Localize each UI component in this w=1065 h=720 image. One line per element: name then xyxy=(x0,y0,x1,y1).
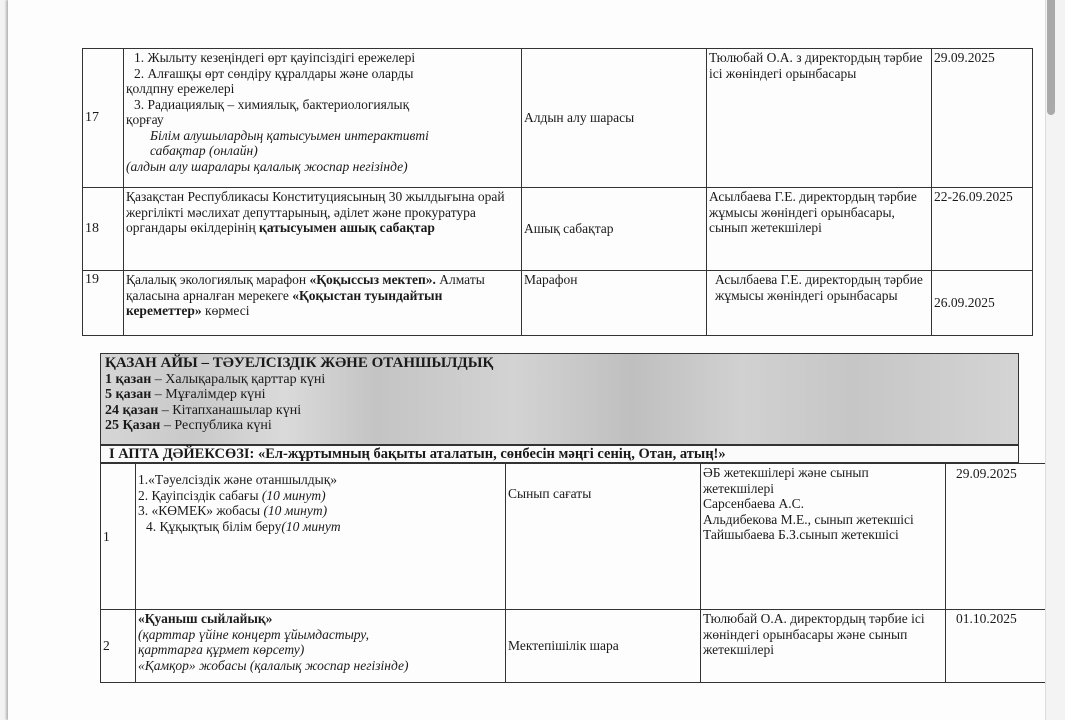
holiday-item: 24 қазан – Кітапханашылар күні xyxy=(105,403,1014,419)
responsible: Асылбаева Г.Е. директордың тәрбие жұмысы… xyxy=(707,188,932,271)
month-header: ҚАЗАН АЙЫ – ТӘУЕЛСІЗДІК ЖӘНЕ ОТАНШЫЛДЫҚ … xyxy=(100,353,1019,445)
scrollbar-thumb[interactable] xyxy=(1047,0,1055,115)
event-form: Сынып сағаты xyxy=(506,464,701,610)
event-title: 1. Жылыту кезеңіндегі өрт қауіпсіздігі е… xyxy=(124,49,522,188)
event-date: 01.10.2025 xyxy=(946,610,1053,683)
event-title: «Қуаныш сыйлайық» (қарттар үйіне концерт… xyxy=(136,610,506,683)
event-title: 1.«Тәуелсіздік және отаншылдық» 2. Қауіп… xyxy=(136,464,506,610)
event-form: Алдын алу шарасы xyxy=(522,49,707,188)
row-number: 19 xyxy=(83,271,124,336)
table-row: 18 Қазақстан Республикасы Конституциясын… xyxy=(83,188,1033,271)
plan-table-october: 1 1.«Тәуелсіздік және отаншылдық» 2. Қау… xyxy=(100,463,1053,683)
holiday-item: 5 қазан – Мұғалімдер күні xyxy=(105,387,1014,403)
event-title: Қазақстан Республикасы Конституциясының … xyxy=(124,188,522,271)
table-row: 17 1. Жылыту кезеңіндегі өрт қауіпсіздіг… xyxy=(83,49,1033,188)
responsible: Тюлюбай О.А. директордың тәрбие ісі жөні… xyxy=(701,610,946,683)
event-date: 29.09.2025 xyxy=(932,49,1033,188)
event-date: 26.09.2025 xyxy=(932,271,1033,336)
vertical-scrollbar[interactable] xyxy=(1045,0,1065,720)
table-row: 19 Қалалық экологиялық марафон «Қоқыссыз… xyxy=(83,271,1033,336)
responsible: ӘБ жетекшілері және сынып жетекшілері Са… xyxy=(701,464,946,610)
responsible: Тюлюбай О.А. з директордың тәрбие ісі жө… xyxy=(707,49,932,188)
holiday-item: 1 қазан – Халықаралық қарттар күні xyxy=(105,372,1014,388)
table-row: 1 1.«Тәуелсіздік және отаншылдық» 2. Қау… xyxy=(101,464,1053,610)
document-page: 17 1. Жылыту кезеңіндегі өрт қауіпсіздіг… xyxy=(8,0,1046,720)
event-form: Мектепішілік шара xyxy=(506,610,701,683)
event-title: Қалалық экологиялық марафон «Қоқыссыз ме… xyxy=(124,271,522,336)
row-number: 18 xyxy=(83,188,124,271)
month-title: ҚАЗАН АЙЫ – ТӘУЕЛСІЗДІК ЖӘНЕ ОТАНШЫЛДЫҚ xyxy=(105,356,1014,372)
row-number: 17 xyxy=(83,49,124,188)
row-number: 1 xyxy=(101,464,136,610)
responsible: Асылбаева Г.Е. директордың тәрбие жұмысы… xyxy=(707,271,932,336)
event-date: 29.09.2025 xyxy=(946,464,1053,610)
row-number: 2 xyxy=(101,610,136,683)
table-row: 2 «Қуаныш сыйлайық» (қарттар үйіне конце… xyxy=(101,610,1053,683)
event-form: Марафон xyxy=(522,271,707,336)
week-motto: І АПТА ДӘЙЕКСӨЗІ: «Ел-жұртымның бақыты а… xyxy=(100,445,1019,463)
event-form: Ашық сабақтар xyxy=(522,188,707,271)
plan-table-september: 17 1. Жылыту кезеңіндегі өрт қауіпсіздіг… xyxy=(82,48,1033,336)
holiday-item: 25 Қазан – Республика күні xyxy=(105,418,1014,434)
event-date: 22-26.09.2025 xyxy=(932,188,1033,271)
